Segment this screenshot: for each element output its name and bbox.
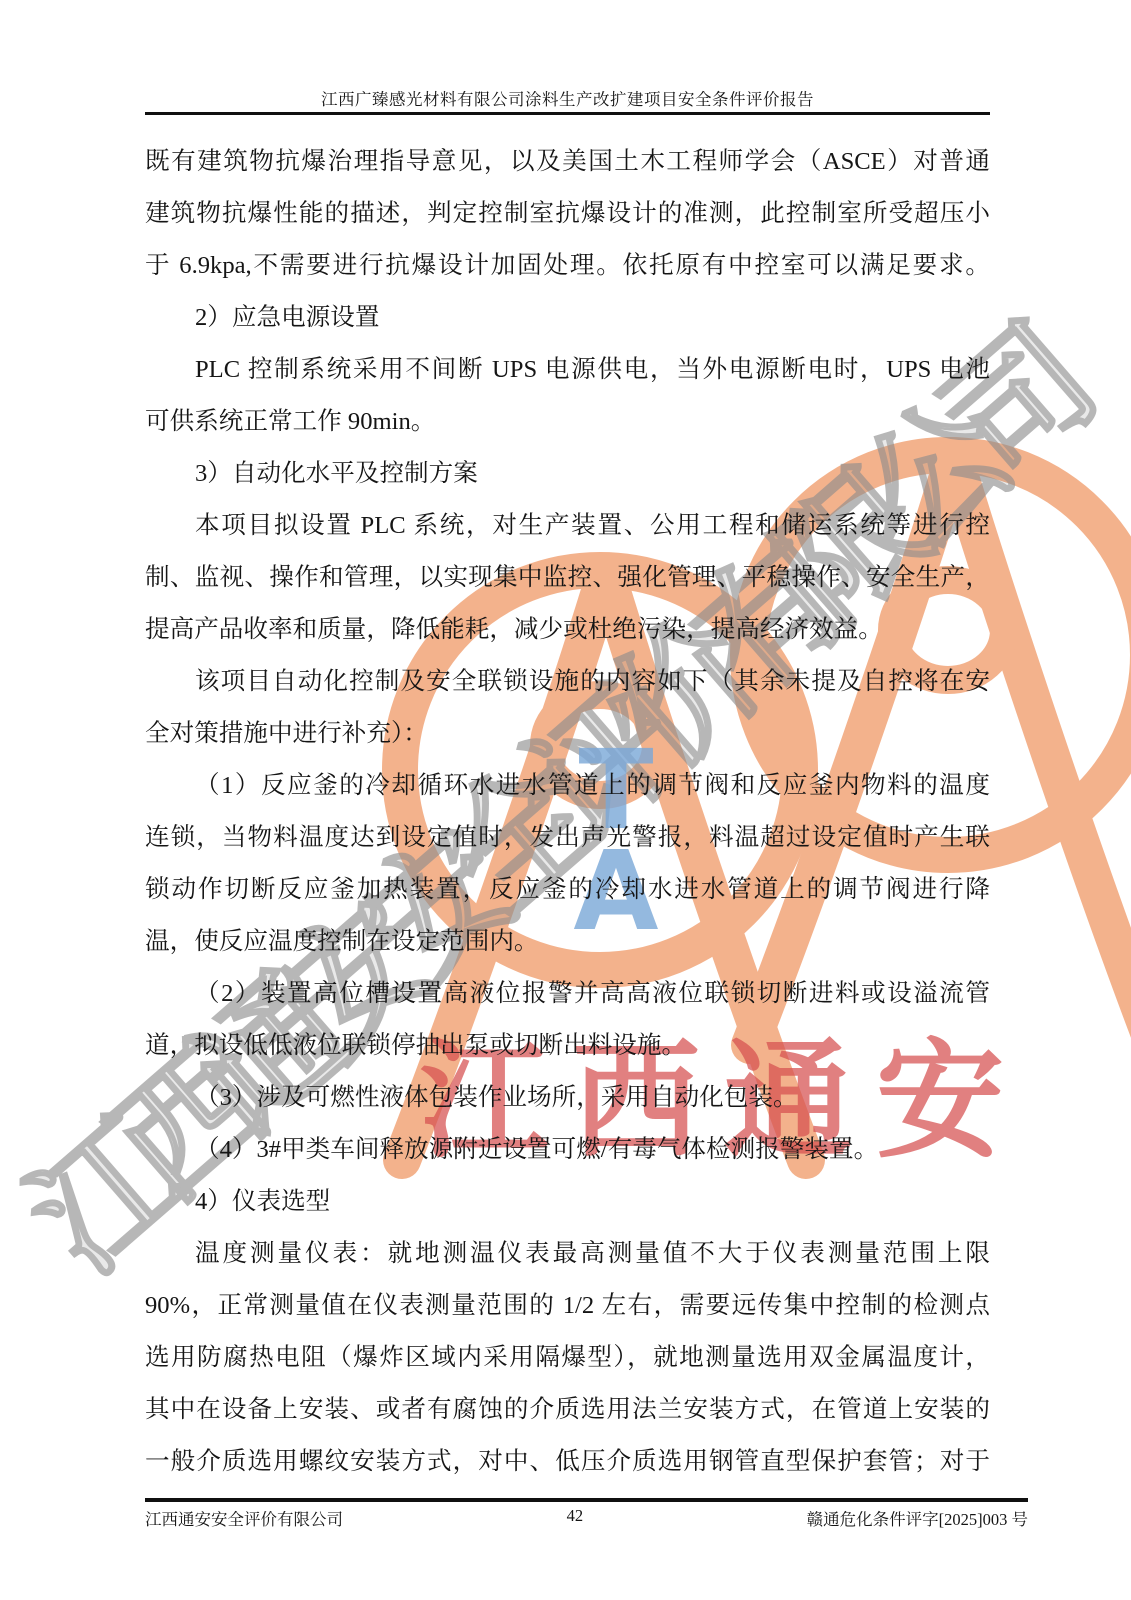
footer-company: 江西通安安全评价有限公司: [145, 1506, 343, 1530]
body-line: 选用防腐热电阻（爆炸区域内采用隔爆型），就地测量选用双金属温度计，: [145, 1332, 990, 1384]
body-line: 制、监视、操作和管理，以实现集中监控、强化管理、平稳操作、安全生产，: [145, 552, 990, 604]
footer-rule: [145, 1498, 1028, 1502]
body-line: 其中在设备上安装、或者有腐蚀的介质选用法兰安装方式，在管道上安装的: [145, 1384, 990, 1436]
header-rule: [145, 112, 990, 115]
body-line: 一般介质选用螺纹安装方式，对中、低压介质选用钢管直型保护套管；对于: [145, 1436, 990, 1488]
body-line: 温度测量仪表：就地测温仪表最高测量值不大于仪表测量范围上限: [145, 1228, 990, 1280]
body-line: 连锁，当物料温度达到设定值时，发出声光警报，料温超过设定值时产生联: [145, 812, 990, 864]
body-line: 锁动作切断反应釜加热装置，反应釜的冷却水进水管道上的调节阀进行降: [145, 864, 990, 916]
document-page: 江西通安安全评价有限公司 T A 江西通安 江西广臻感光材料有限公司涂料生产改扩…: [0, 0, 1131, 1600]
body-line: 于 6.9kpa,不需要进行抗爆设计加固处理。依托原有中控室可以满足要求。: [145, 240, 990, 292]
body-line: 建筑物抗爆性能的描述，判定控制室抗爆设计的准测，此控制室所受超压小: [145, 188, 990, 240]
body-line: 可供系统正常工作 90min。: [145, 396, 990, 448]
body-line: PLC 控制系统采用不间断 UPS 电源供电，当外电源断电时，UPS 电池: [145, 344, 990, 396]
body-line: （3）涉及可燃性液体包装作业场所，采用自动化包装。: [145, 1072, 990, 1124]
body-line: 4）仪表选型: [145, 1176, 990, 1228]
body-line: （1）反应釜的冷却循环水进水管道上的调节阀和反应釜内物料的温度: [145, 760, 990, 812]
body-line: 本项目拟设置 PLC 系统，对生产装置、公用工程和储运系统等进行控: [145, 500, 990, 552]
body-line: 道，拟设低低液位联锁停抽出泵或切断出料设施。: [145, 1020, 990, 1072]
body-line: 3）自动化水平及控制方案: [145, 448, 990, 500]
body-line: 2）应急电源设置: [145, 292, 990, 344]
body-line: 提高产品收率和质量，降低能耗，减少或杜绝污染，提高经济效益。: [145, 604, 990, 656]
footer-page-number: 42: [343, 1506, 807, 1526]
body-line: 该项目自动化控制及安全联锁设施的内容如下（其余未提及自控将在安: [145, 656, 990, 708]
body-line: 全对策措施中进行补充）：: [145, 708, 990, 760]
page-header-title: 江西广臻感光材料有限公司涂料生产改扩建项目安全条件评价报告: [145, 86, 990, 110]
footer-doc-number: 赣通危化条件评字[2025]003 号: [807, 1506, 1028, 1530]
body-line: （2）装置高位槽设置高液位报警并高高液位联锁切断进料或设溢流管: [145, 968, 990, 1020]
page-footer: 江西通安安全评价有限公司 42 赣通危化条件评字[2025]003 号: [145, 1506, 1028, 1530]
body-line: 90%，正常测量值在仪表测量范围的 1/2 左右，需要远传集中控制的检测点: [145, 1280, 990, 1332]
body-text: 既有建筑物抗爆治理指导意见，以及美国土木工程师学会（ASCE）对普通建筑物抗爆性…: [145, 136, 990, 1488]
body-line: 既有建筑物抗爆治理指导意见，以及美国土木工程师学会（ASCE）对普通: [145, 136, 990, 188]
body-line: （4）3#甲类车间释放源附近设置可燃/有毒气体检测报警装置。: [145, 1124, 990, 1176]
body-line: 温，使反应温度控制在设定范围内。: [145, 916, 990, 968]
